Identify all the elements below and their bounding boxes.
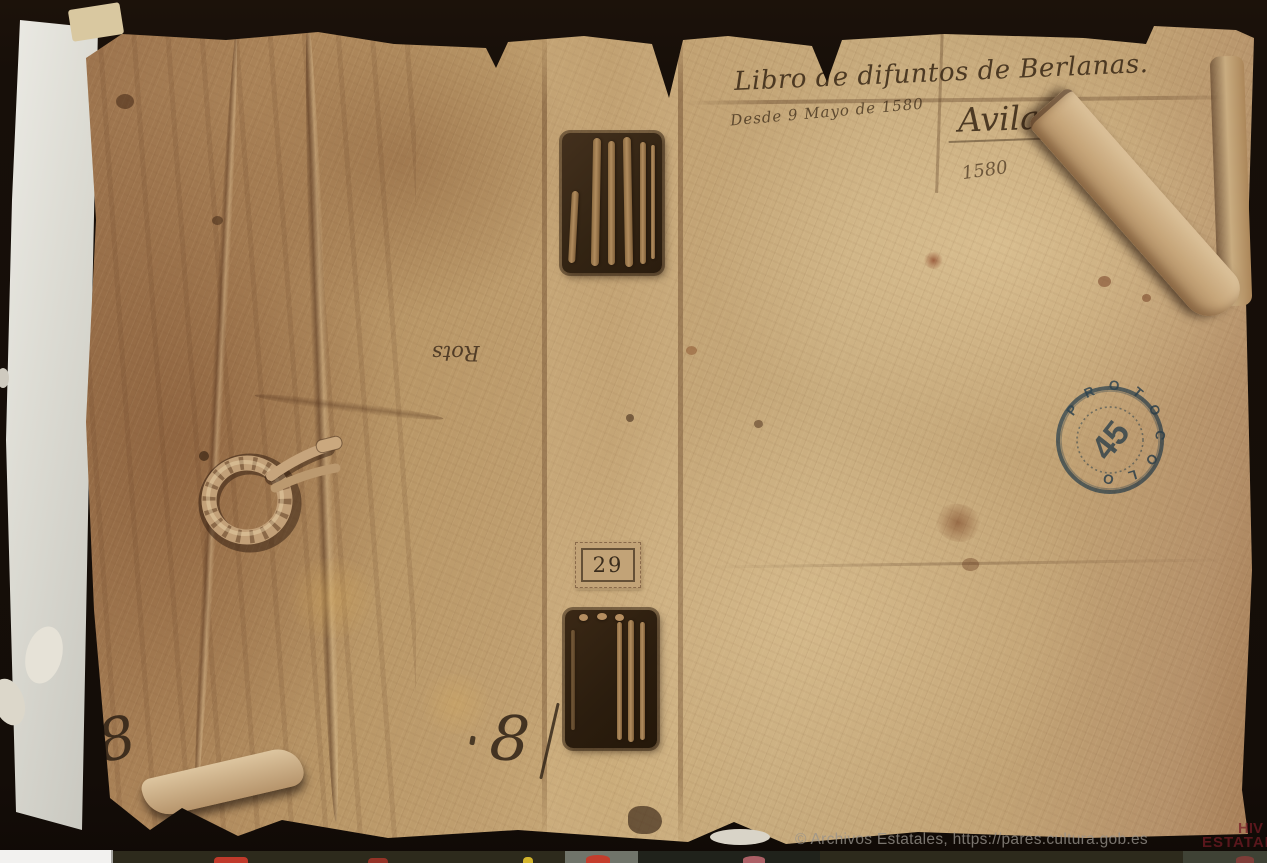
leather-strap bbox=[628, 620, 634, 742]
toolbar-button[interactable] bbox=[523, 857, 533, 863]
toolbar-button[interactable] bbox=[214, 857, 248, 863]
rust-stain bbox=[1098, 276, 1111, 287]
toolbar-button-group[interactable] bbox=[1183, 851, 1267, 863]
toolbar-button[interactable] bbox=[743, 856, 765, 863]
leather-strap bbox=[591, 138, 601, 266]
thumbnail-panel[interactable] bbox=[0, 850, 113, 863]
paper-fragment bbox=[710, 829, 770, 845]
vertical-crease bbox=[935, 28, 944, 193]
ink-stain bbox=[626, 414, 634, 422]
leather-strap bbox=[623, 137, 633, 267]
gold-sheen bbox=[282, 558, 382, 638]
rust-stain bbox=[686, 346, 697, 355]
leather-strap bbox=[568, 191, 579, 263]
tear-shadow bbox=[628, 806, 662, 834]
spine-leather-patch-top bbox=[562, 133, 662, 273]
stamp-center-number: 45 bbox=[1084, 414, 1137, 467]
lace-end bbox=[615, 614, 624, 621]
spine-fold-line bbox=[678, 26, 683, 842]
leather-strap bbox=[651, 145, 655, 259]
leather-strap bbox=[608, 141, 615, 265]
toolbar-button-group[interactable] bbox=[638, 851, 820, 863]
pen-stroke bbox=[469, 736, 475, 746]
lace-end bbox=[579, 614, 588, 621]
leather-strap bbox=[617, 622, 622, 740]
ink-stain bbox=[116, 94, 134, 109]
spine-number-label: 29 bbox=[575, 542, 641, 588]
archive-watermark: © Archivos Estatales, https://pares.cult… bbox=[795, 831, 1148, 849]
gold-sheen bbox=[416, 674, 496, 734]
brown-stain bbox=[962, 558, 979, 571]
ink-stain bbox=[754, 420, 763, 428]
label-border bbox=[581, 548, 635, 582]
lace-end bbox=[597, 613, 607, 620]
handwritten-year: 1580 bbox=[961, 159, 1009, 183]
rust-stain bbox=[1142, 294, 1151, 302]
leather-strap bbox=[571, 630, 575, 730]
archive-image-viewer: 29 Libro de difuntos de Berlanas. Desde … bbox=[0, 0, 1267, 863]
red-watermark-fragment: ESTATAL bbox=[1202, 834, 1267, 851]
rust-stain bbox=[924, 252, 943, 269]
leather-strap bbox=[640, 622, 645, 740]
handwritten-number-right: 8 bbox=[488, 707, 532, 772]
paper-corner-fragment bbox=[68, 2, 124, 42]
toolbar-button[interactable] bbox=[368, 858, 388, 863]
leather-strap bbox=[640, 142, 646, 264]
protocolo-stamp: PROTOCOLO 45 bbox=[1048, 378, 1172, 502]
toolbar-button[interactable] bbox=[586, 855, 610, 863]
toolbar-button[interactable] bbox=[1236, 856, 1254, 863]
ink-stain bbox=[212, 216, 223, 225]
upside-down-note: Rots bbox=[432, 342, 480, 363]
leather-tie-knot bbox=[186, 418, 346, 563]
spine-leather-patch-bottom bbox=[565, 610, 657, 748]
brown-stain bbox=[936, 504, 980, 542]
spine-fold-line bbox=[542, 28, 547, 840]
